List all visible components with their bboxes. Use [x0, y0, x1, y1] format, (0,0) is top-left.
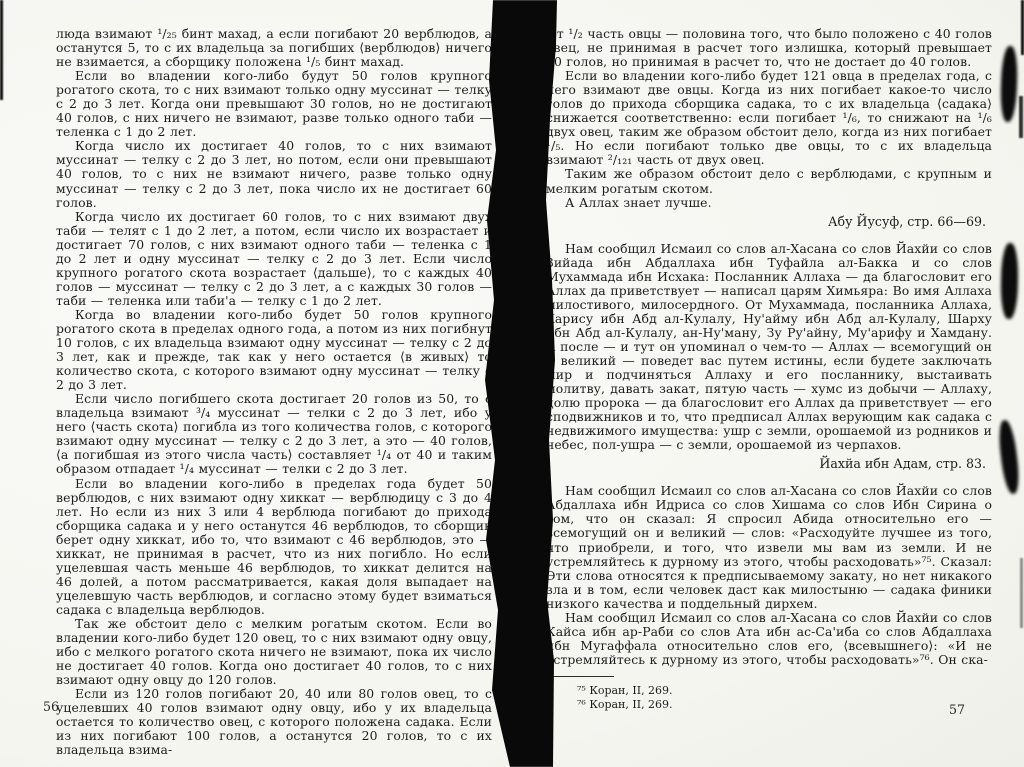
- page-left: люда взимают ¹/₂₅ бинт махад, а если пог…: [56, 27, 492, 757]
- footnote-75: ⁷⁵ Коран, II, 269.: [546, 684, 992, 698]
- paragraph: Когда во владении кого-либо будет 50 гол…: [56, 308, 492, 392]
- attribution-abu-yusuf: Абу Йусуф, стр. 66—69.: [546, 215, 986, 229]
- paragraph: Когда число их достигает 40 голов, то с …: [56, 139, 492, 209]
- paragraph: ют ¹/₂ часть овцы — половина того, что б…: [546, 27, 992, 69]
- paragraph: Нам сообщил Исмаил со слов ал-Хасана со …: [546, 484, 992, 610]
- page-right: ют ¹/₂ часть овцы — половина того, что б…: [546, 27, 992, 711]
- paragraph: Нам сообщил Исмаил со слов ал-Хасана со …: [546, 242, 992, 453]
- ink-smudge: [997, 419, 1022, 494]
- page-number-left: 56: [43, 699, 59, 714]
- paragraph: люда взимают ¹/₂₅ бинт махад, а если пог…: [56, 27, 492, 69]
- paragraph: Если во владении кого-либо будет 121 овц…: [546, 69, 992, 167]
- ink-smudge: [1000, 243, 1018, 319]
- footnote-76: ⁷⁶ Коран, II, 269.: [546, 698, 992, 712]
- footnote-rule: [548, 676, 614, 677]
- paragraph: Таким же образом обстоит дело с верблюда…: [546, 167, 992, 195]
- paragraph: Если во владении кого-либо будут 50 голо…: [56, 69, 492, 139]
- page-number-right: 57: [949, 702, 965, 717]
- paragraph: Нам сообщил Исмаил со слов ал-Хасана со …: [546, 611, 992, 667]
- ink-smudge: [1000, 46, 1019, 123]
- paragraph: Так же обстоит дело с мелким рогатым ско…: [56, 617, 492, 687]
- paragraph: Если число погибшего скота достигает 20 …: [56, 392, 492, 476]
- attribution-yahya-ibn-adam: Йахйа ибн Адам, стр. 83.: [546, 457, 986, 471]
- scan-edge-mark: [1019, 96, 1023, 138]
- scan-edge-mark: [1020, 558, 1023, 628]
- paragraph: Если из 120 голов погибают 20, 40 или 80…: [56, 687, 492, 757]
- paragraph: А Аллах знает лучше.: [546, 196, 992, 210]
- paragraph: Когда число их достигает 60 голов, то с …: [56, 210, 492, 308]
- paragraph: Если во владении кого-либо в пределах го…: [56, 477, 492, 617]
- scanned-book-spread: люда взимают ¹/₂₅ бинт махад, а если пог…: [0, 0, 1024, 767]
- scan-edge-mark: [0, 0, 3, 100]
- page-gutter-shadow: [480, 0, 560, 767]
- footnote-block: ⁷⁵ Коран, II, 269. ⁷⁶ Коран, II, 269.: [546, 676, 992, 711]
